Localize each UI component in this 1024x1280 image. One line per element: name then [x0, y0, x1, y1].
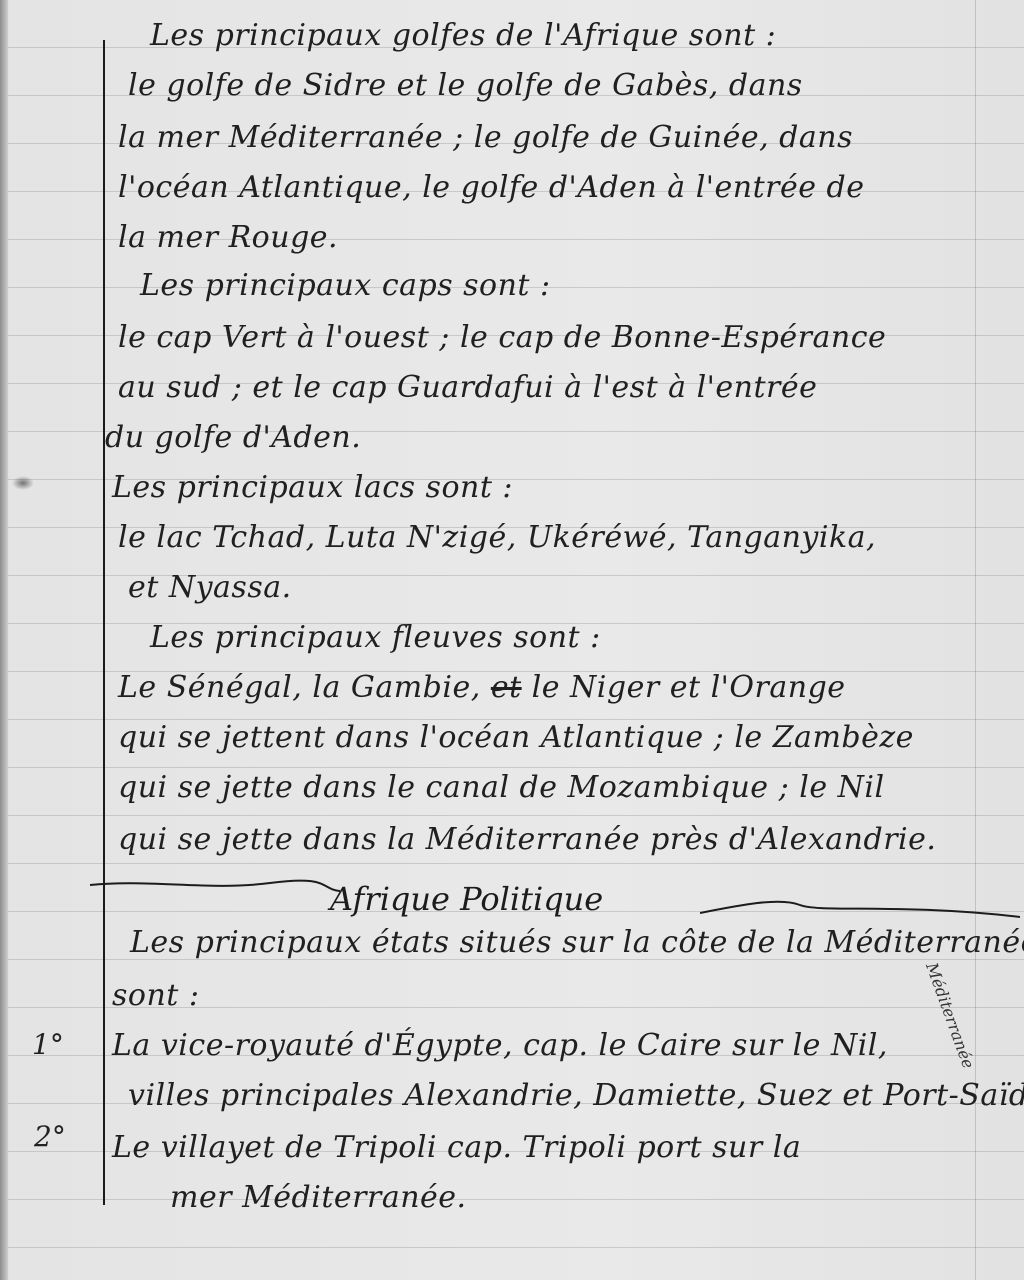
- text-line: qui se jette dans le canal de Mozambique…: [118, 770, 885, 805]
- heading-etats: Les principaux états situés sur la côte …: [130, 925, 1024, 960]
- text-line: Le Sénégal, la Gambie, et le Niger et l'…: [118, 670, 846, 705]
- text-line: sont :: [112, 978, 199, 1013]
- text-line: le lac Tchad, Luta N'zigé, Ukéréwé, Tang…: [118, 520, 876, 555]
- text-line: la mer Rouge.: [118, 220, 338, 255]
- item-number: 1°: [32, 1028, 64, 1061]
- flourish-right-icon: [700, 895, 1020, 925]
- page-binding-edge: [0, 0, 8, 1280]
- item-number: 2°: [34, 1120, 66, 1153]
- text-line: villes principales Alexandrie, Damiette,…: [128, 1078, 1024, 1113]
- notebook-page: Les principaux golfes de l'Afrique sont …: [0, 0, 1024, 1280]
- margin-rule: [103, 40, 105, 1205]
- text-line: Le villayet de Tripoli cap. Tripoli port…: [112, 1130, 801, 1165]
- text-line: au sud ; et le cap Guardafui à l'est à l…: [118, 370, 817, 405]
- section-title: Afrique Politique: [330, 880, 603, 918]
- text-line: La vice-royauté d'Égypte, cap. le Caire …: [112, 1028, 888, 1063]
- ink-smudge: [12, 476, 34, 490]
- text-line: qui se jettent dans l'océan Atlantique ;…: [118, 720, 914, 755]
- text-line: l'océan Atlantique, le golfe d'Aden à l'…: [118, 170, 865, 205]
- flourish-left-icon: [90, 877, 340, 897]
- text-line: mer Méditerranée.: [170, 1180, 467, 1215]
- struck-word: et: [491, 670, 522, 705]
- text-line: et Nyassa.: [128, 570, 292, 605]
- text-line: le golfe de Sidre et le golfe de Gabès, …: [128, 68, 803, 103]
- side-note: Méditerranée: [922, 960, 978, 1071]
- text-segment: Le Sénégal, la Gambie,: [118, 670, 481, 705]
- heading-lacs: Les principaux lacs sont :: [112, 470, 513, 505]
- heading-golfes: Les principaux golfes de l'Afrique sont …: [150, 18, 776, 53]
- heading-caps: Les principaux caps sont :: [140, 268, 551, 303]
- heading-fleuves: Les principaux fleuves sont :: [150, 620, 601, 655]
- text-line: le cap Vert à l'ouest ; le cap de Bonne-…: [118, 320, 886, 355]
- text-line: la mer Méditerranée ; le golfe de Guinée…: [118, 120, 853, 155]
- text-segment: le Niger et l'Orange: [532, 670, 846, 705]
- text-line: du golfe d'Aden.: [105, 420, 361, 455]
- text-line: qui se jette dans la Méditerranée près d…: [118, 822, 936, 857]
